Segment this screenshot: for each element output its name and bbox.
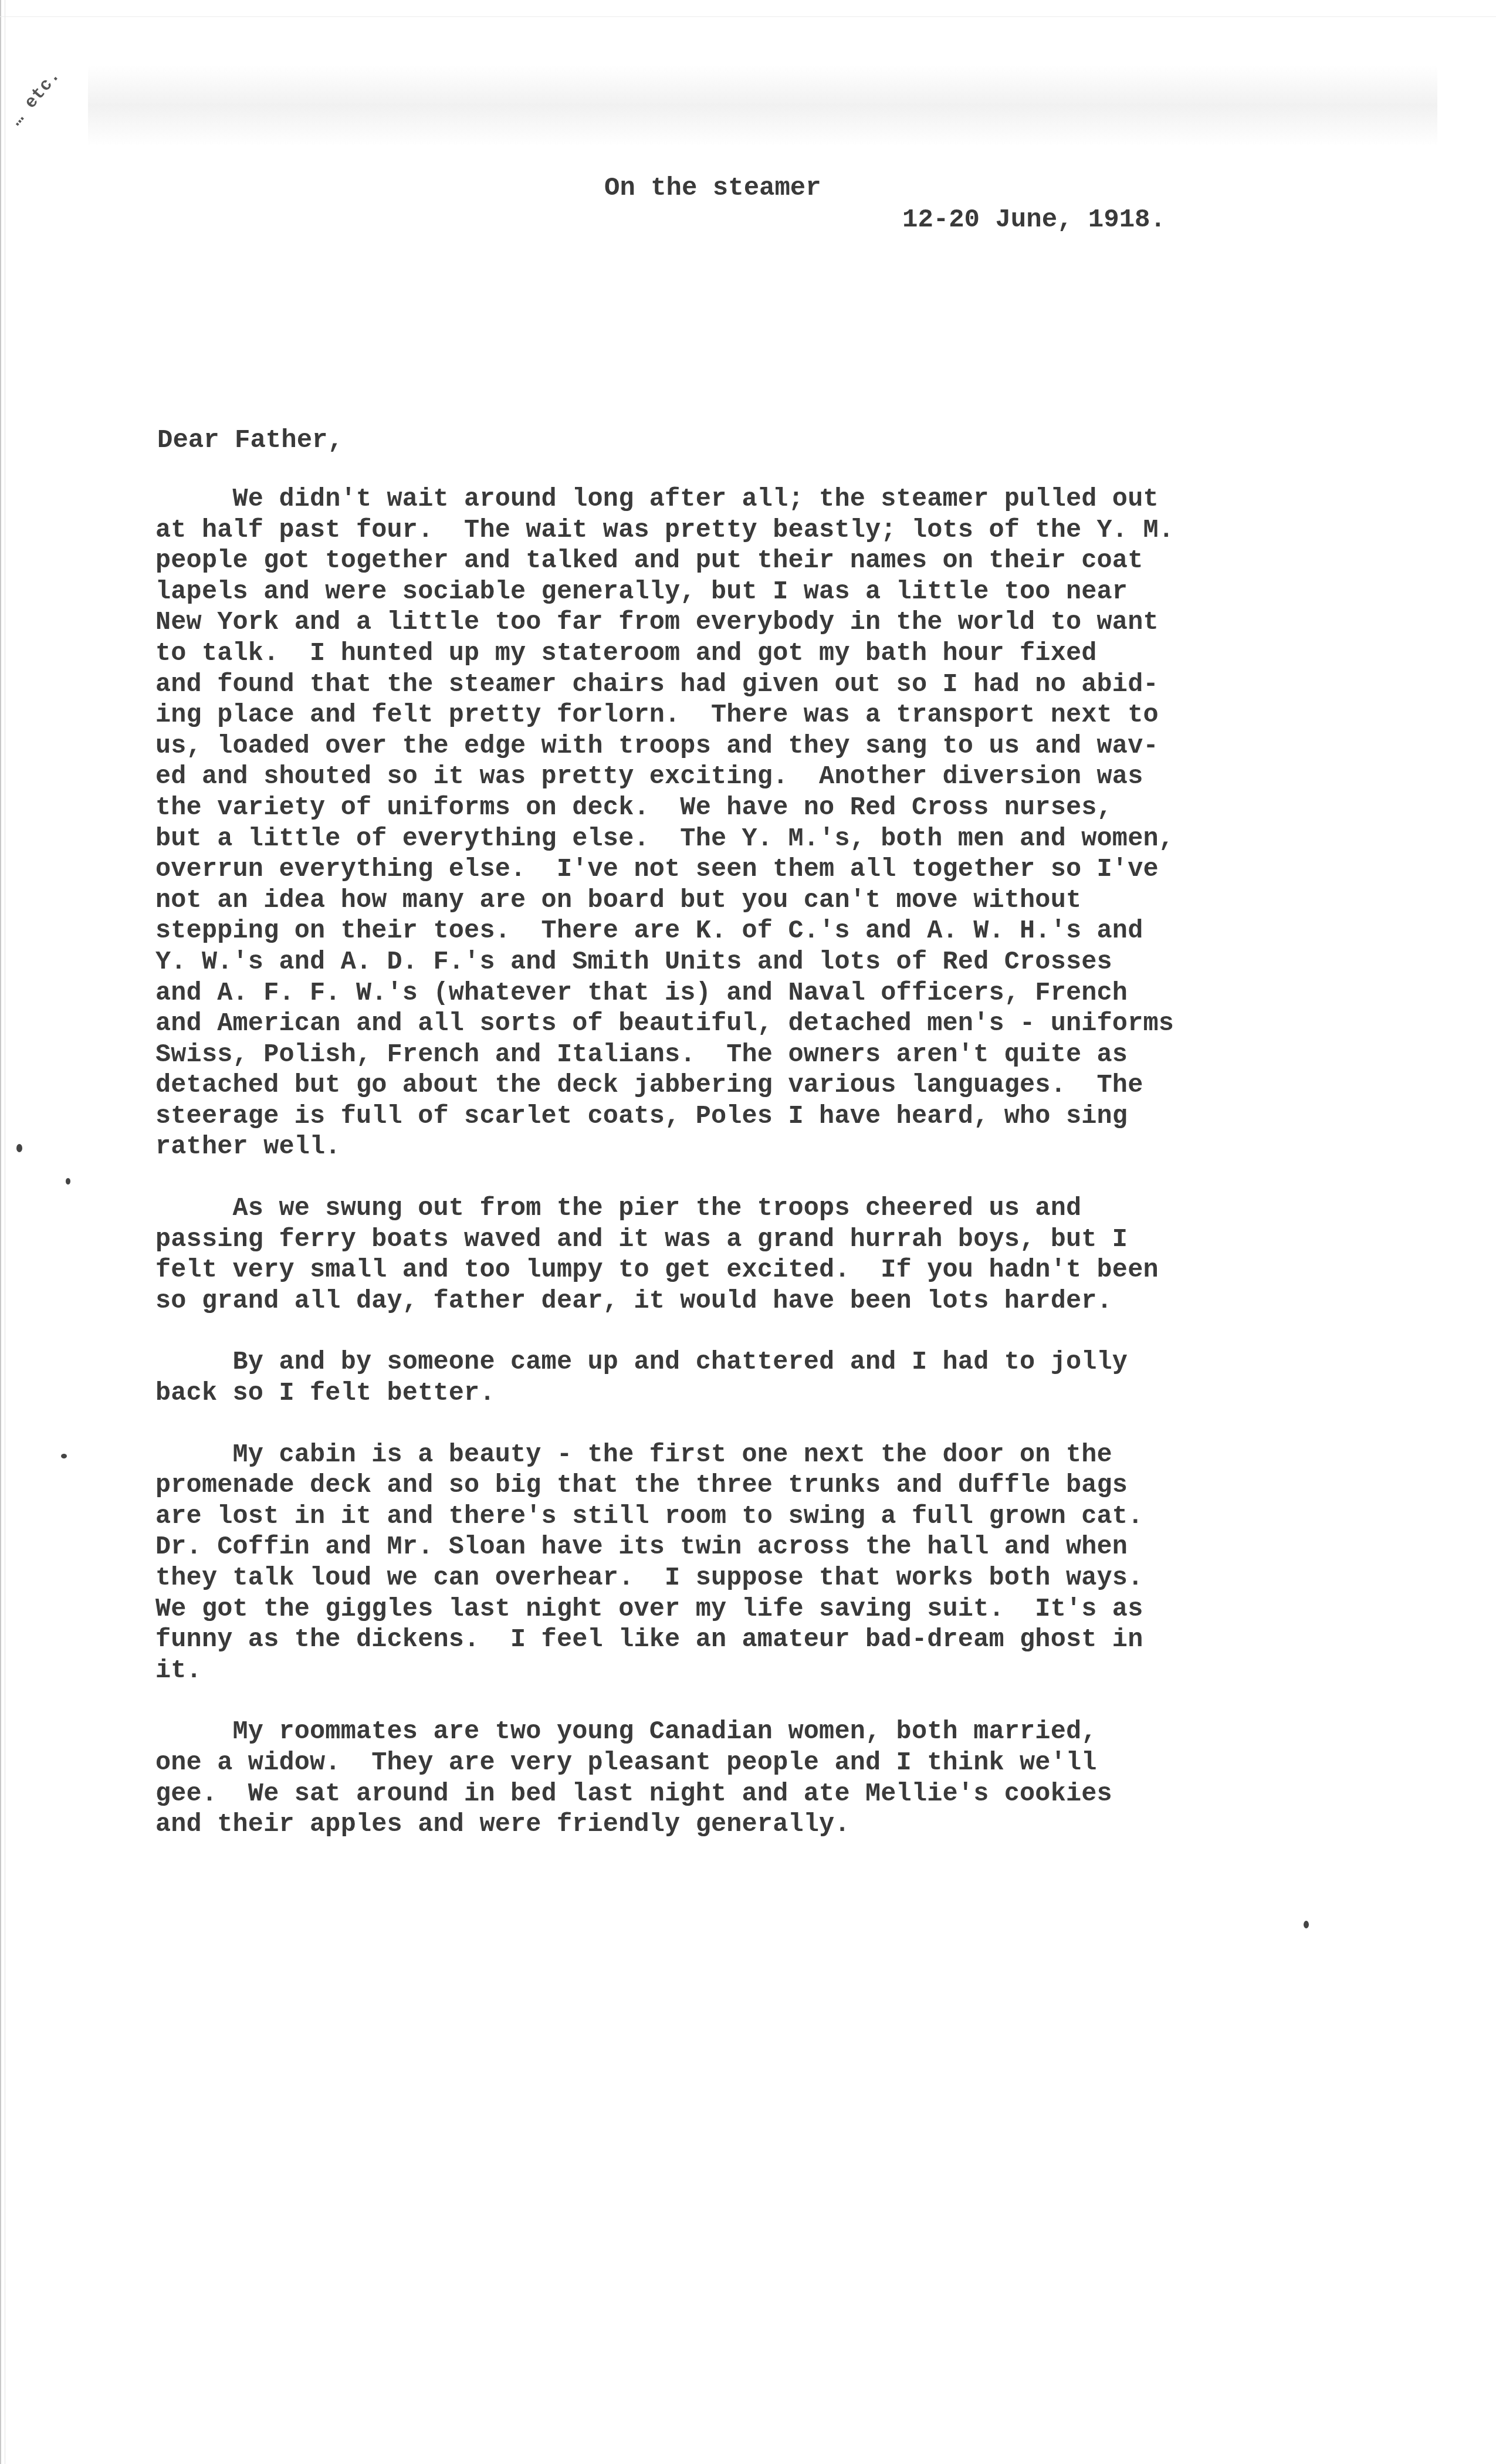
text-line: By and by someone came up and chattered … bbox=[155, 1348, 1399, 1379]
text-line: and found that the steamer chairs had gi… bbox=[155, 670, 1399, 701]
text-line: We got the giggles last night over my li… bbox=[155, 1595, 1399, 1626]
text-line: passing ferry boats waved and it was a g… bbox=[155, 1225, 1399, 1256]
scan-speck bbox=[66, 1178, 70, 1184]
letter-page: On the steamer 12-20 June, 1918. Dear Fa… bbox=[0, 0, 1496, 2464]
text-line: gee. We sat around in bed last night and… bbox=[155, 1779, 1399, 1810]
text-line: us, loaded over the edge with troops and… bbox=[155, 732, 1399, 763]
text-line: lapels and were sociable generally, but … bbox=[155, 577, 1399, 608]
text-line: felt very small and too lumpy to get exc… bbox=[155, 1255, 1399, 1287]
paragraph-swung-out: As we swung out from the pier the troops… bbox=[155, 1194, 1399, 1317]
text-line: My roommates are two young Canadian wome… bbox=[155, 1717, 1399, 1748]
text-line: not an idea how many are on board but yo… bbox=[155, 886, 1399, 917]
text-line: and A. F. F. W.'s (whatever that is) and… bbox=[155, 979, 1399, 1010]
text-line: the variety of uniforms on deck. We have… bbox=[155, 793, 1399, 824]
text-line: Dr. Coffin and Mr. Sloan have its twin a… bbox=[155, 1532, 1399, 1563]
paragraph-departure: We didn't wait around long after all; th… bbox=[155, 485, 1399, 1163]
text-line: rather well. bbox=[155, 1132, 1399, 1163]
text-line: funny as the dickens. I feel like an ama… bbox=[155, 1625, 1399, 1656]
text-line: are lost in it and there's still room to… bbox=[155, 1502, 1399, 1533]
paragraph-roommates: My roommates are two young Canadian wome… bbox=[155, 1717, 1399, 1840]
text-line: Y. W.'s and A. D. F.'s and Smith Units a… bbox=[155, 947, 1399, 979]
text-line: detached but go about the deck jabbering… bbox=[155, 1071, 1399, 1102]
letter-date: 12-20 June, 1918. bbox=[902, 205, 1166, 235]
text-line: ed and shouted so it was pretty exciting… bbox=[155, 762, 1399, 793]
text-line: and American and all sorts of beautiful,… bbox=[155, 1009, 1399, 1040]
paragraph-cabin: My cabin is a beauty - the first one nex… bbox=[155, 1440, 1399, 1687]
text-line: promenade deck and so big that the three… bbox=[155, 1471, 1399, 1502]
text-line: to talk. I hunted up my stateroom and go… bbox=[155, 639, 1399, 670]
text-line: at half past four. The wait was pretty b… bbox=[155, 516, 1399, 547]
text-line: but a little of everything else. The Y. … bbox=[155, 824, 1399, 855]
letter-body: We didn't wait around long after all; th… bbox=[155, 485, 1399, 1871]
text-line: We didn't wait around long after all; th… bbox=[155, 485, 1399, 516]
text-line: they talk loud we can overhear. I suppos… bbox=[155, 1563, 1399, 1595]
text-line: so grand all day, father dear, it would … bbox=[155, 1287, 1399, 1318]
scan-speck bbox=[1304, 1921, 1309, 1928]
text-line: people got together and talked and put t… bbox=[155, 546, 1399, 577]
text-line: stepping on their toes. There are K. of … bbox=[155, 916, 1399, 947]
text-line: New York and a little too far from every… bbox=[155, 608, 1399, 639]
text-line: steerage is full of scarlet coats, Poles… bbox=[155, 1102, 1399, 1133]
text-line: My cabin is a beauty - the first one nex… bbox=[155, 1440, 1399, 1471]
text-line: one a widow. They are very pleasant peop… bbox=[155, 1748, 1399, 1779]
text-line: and their apples and were friendly gener… bbox=[155, 1810, 1399, 1841]
letter-place: On the steamer bbox=[604, 174, 821, 203]
text-line: it. bbox=[155, 1656, 1399, 1687]
scan-speck bbox=[16, 1144, 22, 1152]
salutation: Dear Father, bbox=[157, 426, 343, 455]
text-line: As we swung out from the pier the troops… bbox=[155, 1194, 1399, 1225]
text-line: back so I felt better. bbox=[155, 1379, 1399, 1410]
text-line: ing place and felt pretty forlorn. There… bbox=[155, 700, 1399, 732]
scan-speck bbox=[61, 1454, 67, 1458]
paragraph-by-and-by: By and by someone came up and chattered … bbox=[155, 1348, 1399, 1409]
text-line: Swiss, Polish, French and Italians. The … bbox=[155, 1040, 1399, 1071]
text-line: overrun everything else. I've not seen t… bbox=[155, 855, 1399, 886]
